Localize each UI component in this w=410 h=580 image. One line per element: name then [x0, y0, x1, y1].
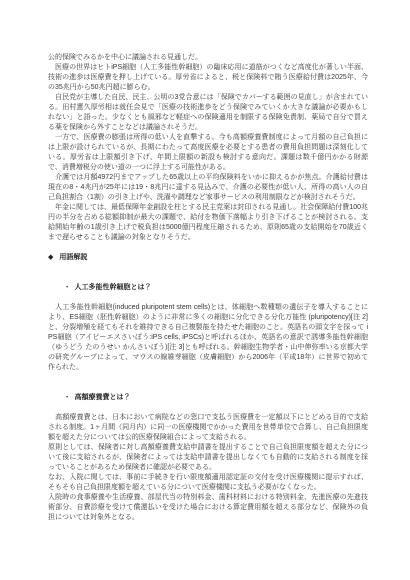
glossary-paragraph: 高額療養費とは、日本において病院などの窓口で支払う医療費を一定額以下にとどめる目…	[48, 413, 368, 443]
glossary-paragraph: 人工多能性幹細胞(induced pluripotent stem cells)…	[48, 303, 368, 373]
article-paragraph: 介護では月額4972円までアップした65歳以上の平均保険料をいかに抑えるかが焦点…	[48, 173, 368, 203]
glossary-entry-title: ・高額療養費とは？	[48, 383, 368, 413]
document-page: 公的保険でみるかを中心に議論される見通しだ。 医療の世界はヒトiPS細胞（人工多…	[0, 0, 410, 580]
glossary-entry-title-label: 高額療養費とは？	[75, 394, 131, 401]
glossary-entry-title-label: 人工多能性幹細胞とは？	[75, 284, 152, 291]
article-paragraph: 医療の世界はヒトiPS細胞（人工多能性幹細胞）の臨床応用に道筋がつくなど高度化が…	[48, 63, 368, 93]
document-body: 公的保険でみるかを中心に議論される見通しだ。 医療の世界はヒトiPS細胞（人工多…	[0, 0, 410, 523]
article-paragraph: 公的保険でみるかを中心に議論される見通しだ。	[48, 53, 368, 63]
article-paragraph: 一方で、医療費の膨張は所得の低い人を直撃する。今も高額療養費制度によって月額の自…	[48, 133, 368, 173]
bullet-icon: ・	[64, 283, 71, 293]
glossary-paragraph: 原則としては、保険者に対し高額療養費支給申請書を提出することで自己負担限度額を超…	[48, 443, 368, 473]
glossary-entry-title: ・人工多能性幹細胞とは？	[48, 273, 368, 303]
glossary-entry: ・高額療養費とは？ 高額療養費とは、日本において病院などの窓口で支払う医療費を一…	[48, 383, 368, 523]
glossary-heading-label: 用語解説	[59, 254, 87, 261]
article-paragraph: 自民党が主導した自民、民主、公明の3党合意には「保険でカバーする範囲の見直し」が…	[48, 93, 368, 133]
glossary-paragraph: 入院時の食事療養や生活療養、部屋代当の特別料金、歯科材料における特別料金、先進医…	[48, 493, 368, 523]
diamond-icon: ◆	[48, 253, 53, 263]
article-paragraph: 年金に関しては、最低保障年金創設を柱とする民主党案は封印される見通し。社会保障給…	[48, 203, 368, 243]
bullet-icon: ・	[64, 393, 71, 403]
glossary-heading: ◆用語解説	[48, 253, 368, 263]
glossary-entry: ・人工多能性幹細胞とは？ 人工多能性幹細胞(induced pluripoten…	[48, 273, 368, 373]
glossary-paragraph: なお、入院に関しては、事前に手続きを行い限度額適用認定証の交付を受け医療機関に提…	[48, 473, 368, 493]
